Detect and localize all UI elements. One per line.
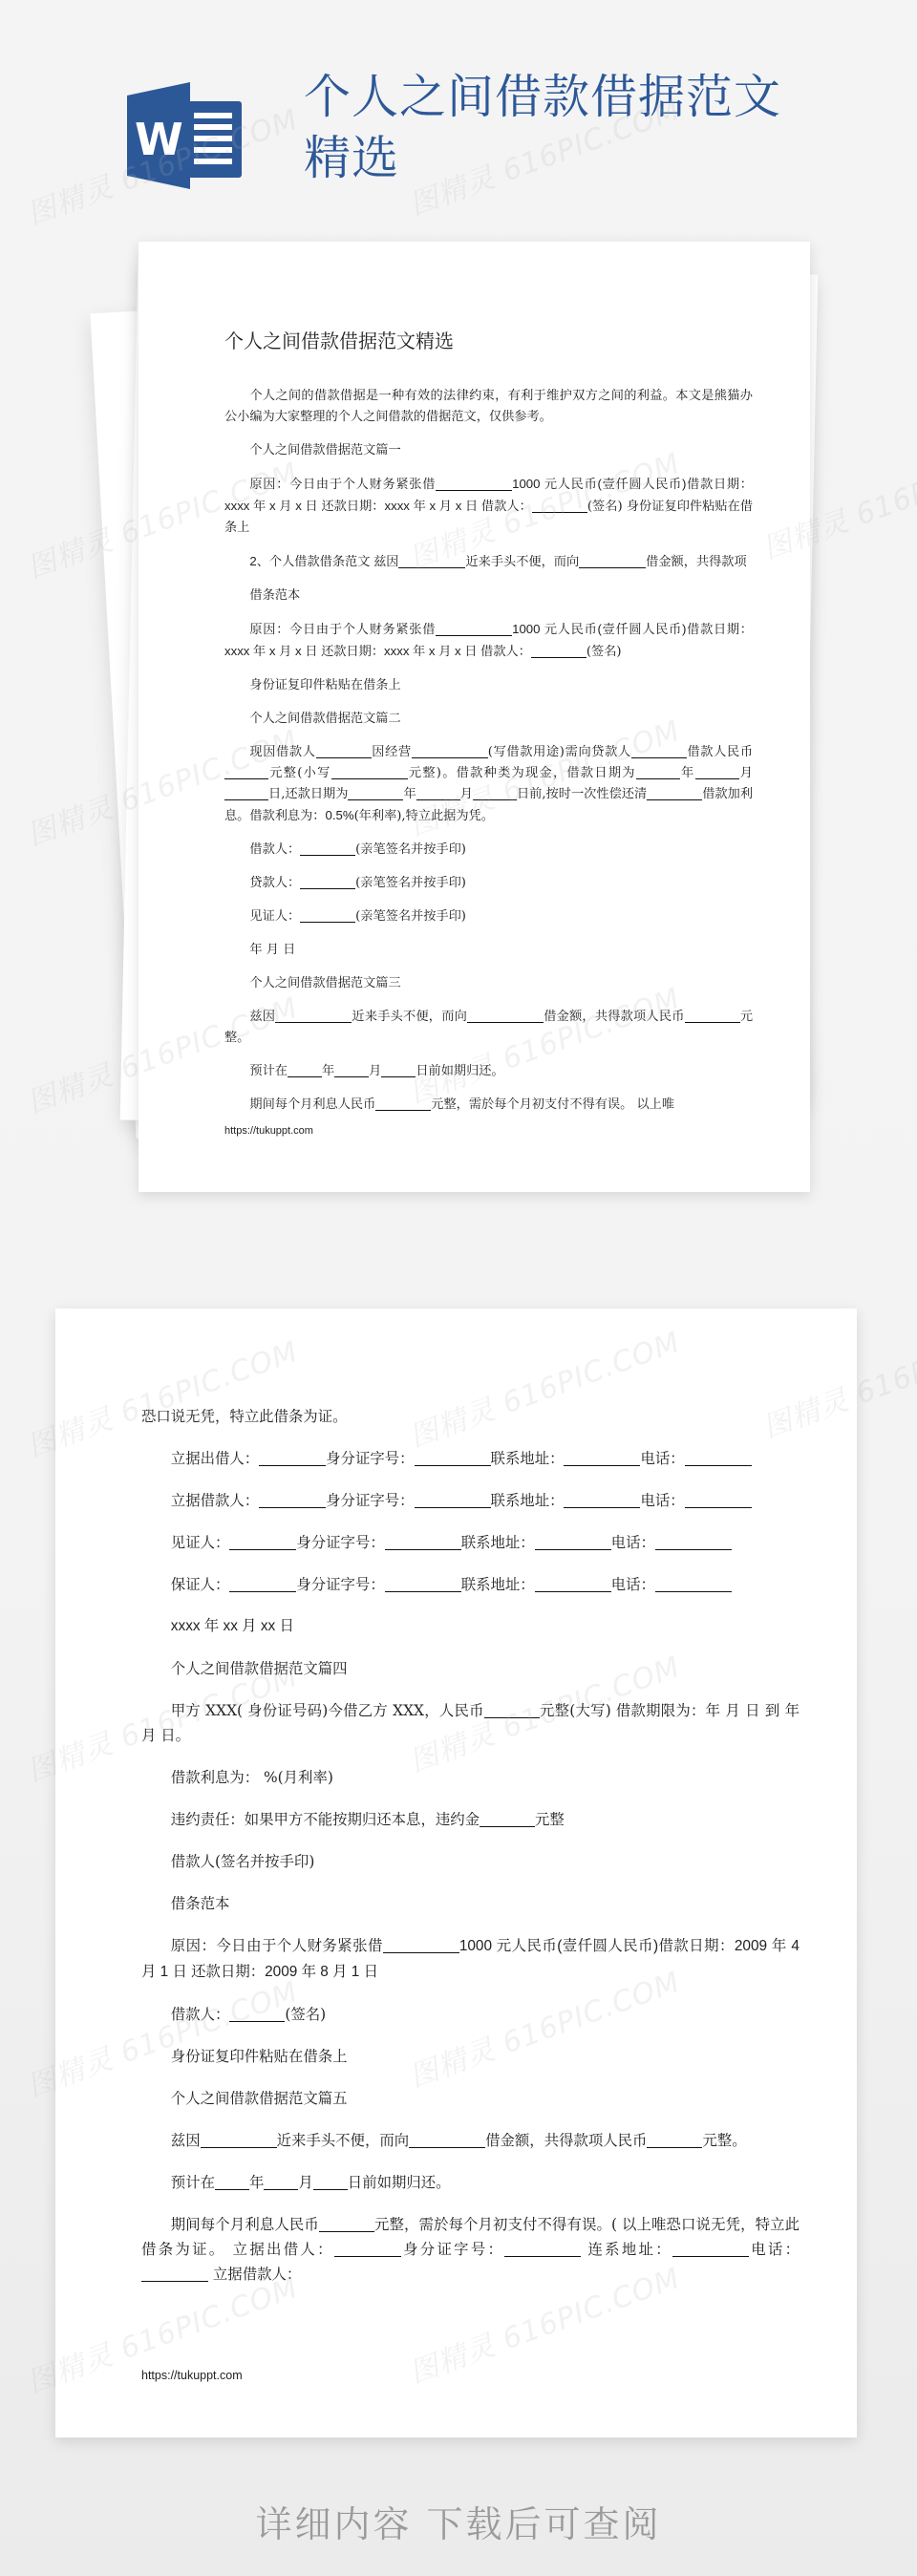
paragraph: 甲方 XXX( 身份证号码)今借乙方 XXX，人民币元整(大写) 借款期限为：年… [141, 1698, 800, 1748]
page-title: 个人之间借款借据范文精选 [304, 67, 800, 189]
paragraph: 原因：今日由于个人财务紧张借1000 元人民币(壹仟圆人民币)借款日期：xxxx… [224, 474, 753, 539]
paragraph: 预计在年月日前如期归还。 [141, 2170, 800, 2195]
date-line: 年 月 日 [224, 940, 753, 961]
section-heading: 个人之间借款借据范文篇三 [224, 973, 753, 994]
party-row-borrower: 立据借款人：身分证字号：联系地址：电话： [141, 1488, 800, 1513]
section-heading: 个人之间借款借据范文篇一 [224, 440, 753, 461]
download-prompt: 详细内容 下载后可查阅 [0, 2495, 917, 2547]
paragraph: 借条范本 [141, 1891, 800, 1916]
intro-paragraph: 个人之间的借款借据是一种有效的法律约束，有利于维护双方之间的利益。本文是熊猫办公… [224, 386, 753, 428]
document-page-1: 个人之间借款借据范文精选 个人之间的借款借据是一种有效的法律约束，有利于维护双方… [139, 242, 810, 1192]
paragraph: 身份证复印件粘贴在借条上 [224, 675, 753, 696]
paragraph: 原因：今日由于个人财务紧张借1000 元人民币(壹仟圆人民币)借款日期：2009… [141, 1933, 800, 1985]
paragraph: 违约责任：如果甲方不能按期归还本息，违约金元整 [141, 1807, 800, 1832]
word-document-icon: W [127, 80, 242, 191]
paragraph: 期间每个月利息人民币元整，需於每个月初支付不得有误。( 以上唯恐口说无凭，特立此… [141, 2212, 800, 2287]
document-page-2: 恐口说无凭，特立此借条为证。 立据出借人：身分证字号：联系地址：电话： 立据借款… [55, 1309, 857, 2438]
paragraph: 预计在年月日前如期归还。 [224, 1061, 753, 1082]
paragraph: 兹因近来手头不便，而向借金额，共得款项人民币元整。 [224, 1007, 753, 1049]
section-heading: 个人之间借款借据范文篇五 [141, 2086, 800, 2111]
paragraph: 兹因近来手头不便，而向借金额，共得款项人民币元整。 [141, 2128, 800, 2153]
svg-text:W: W [135, 114, 183, 165]
signature-line: 借款人：(亲笔签名并按手印) [224, 840, 753, 861]
section-heading: 个人之间借款借据范文篇四 [141, 1656, 800, 1681]
paragraph: 借款人(签名并按手印) [141, 1849, 800, 1874]
document-title: 个人之间借款借据范文精选 [224, 326, 753, 353]
paragraph: 期间每个月利息人民币元整，需於每个月初支付不得有误。 以上唯 [224, 1095, 753, 1116]
party-row-lender: 立据出借人：身分证字号：联系地址：电话： [141, 1446, 800, 1471]
paragraph: 恐口说无凭，特立此借条为证。 [141, 1404, 800, 1429]
paragraph: 原因：今日由于个人财务紧张借1000 元人民币(壹仟圆人民币)借款日期：xxxx… [224, 619, 753, 663]
footer-link[interactable]: https://tukuppt.com [224, 1125, 313, 1137]
paragraph: 借条范本 [224, 585, 753, 607]
footer-link[interactable]: https://tukuppt.com [141, 2369, 243, 2382]
paragraph: 身份证复印件粘贴在借条上 [141, 2044, 800, 2069]
date-line: xxxx 年 xx 月 xx 日 [141, 1614, 800, 1639]
paragraph: 2、个人借款借条范文 兹因近来手头不便，而向借金额，共得款项 [224, 551, 753, 573]
party-row-witness: 见证人：身分证字号：联系地址：电话： [141, 1530, 800, 1555]
signature-line: 见证人：(亲笔签名并按手印) [224, 906, 753, 927]
section-heading: 个人之间借款借据范文篇二 [224, 709, 753, 730]
paragraph: 借款利息为： %(月利率) [141, 1765, 800, 1790]
signature-line: 借款人：(签名) [141, 2002, 800, 2027]
party-row-guarantor: 保证人：身分证字号：联系地址：电话： [141, 1572, 800, 1597]
signature-line: 贷款人：(亲笔签名并按手印) [224, 873, 753, 894]
paragraph: 现因借款人因经营(写借款用途)需向贷款人借款人民币元整(小写元整)。借款种类为现… [224, 742, 753, 827]
